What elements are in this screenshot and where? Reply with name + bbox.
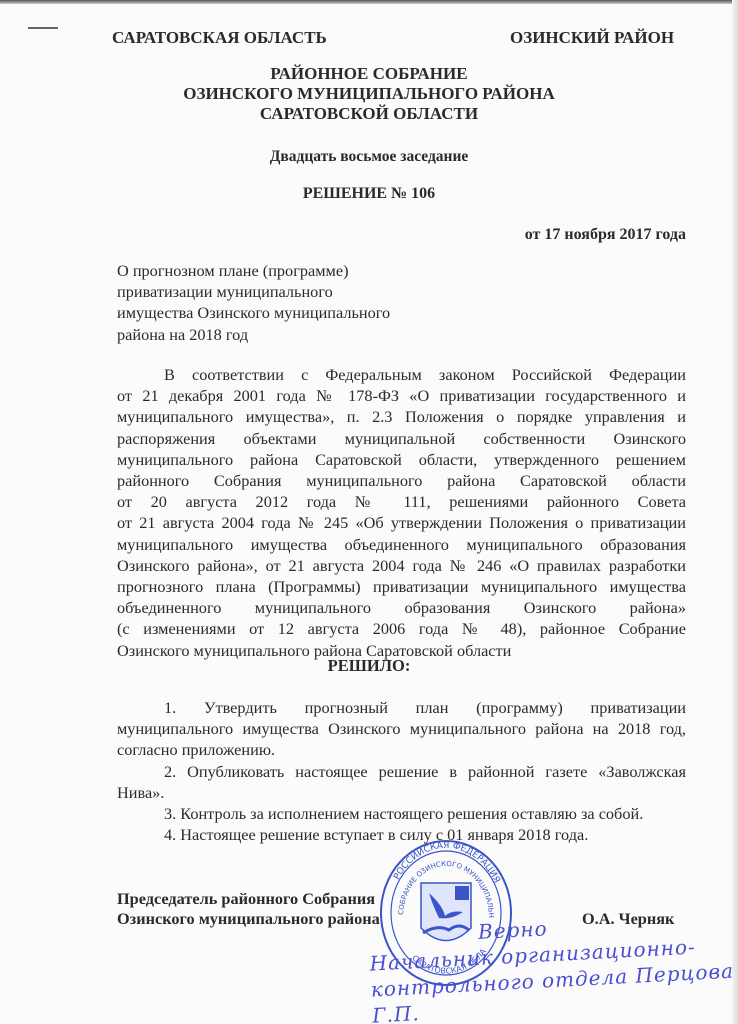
item-2-line: Нива». (117, 782, 686, 803)
position-line: Озинского муниципального района (117, 909, 380, 929)
decision-number: РЕШЕНИЕ № 106 (0, 185, 738, 203)
scan-mark (28, 27, 58, 29)
position-line: Председатель районного Собрания (117, 889, 380, 909)
text-line: от 20 августа 2012 года № 111, решениями… (117, 491, 686, 512)
item-1-line: 1. Утвердить прогнозный план (программу)… (117, 697, 686, 718)
text-line: от 21 декабря 2001 года № 178-ФЗ «О прив… (117, 385, 686, 406)
preamble-paragraph: В соответствии с Федеральным законом Рос… (117, 364, 686, 661)
item-3-line: 3. Контроль за исполнением настоящего ре… (117, 803, 686, 824)
signatory-position: Председатель районного Собрания Озинског… (117, 889, 380, 929)
text-line: муниципального имущества», п. 2.3 Положе… (117, 406, 686, 427)
district-label: ОЗИНСКИЙ РАЙОН (510, 28, 674, 48)
heading-line-2: ОЗИНСКОГО МУНИЦИПАЛЬНОГО РАЙОНА (0, 84, 738, 104)
item-2-line: 2. Опубликовать настоящее решение в райо… (117, 761, 686, 782)
text-line: распоряжения объектами муниципальной соб… (117, 428, 686, 449)
resolved-heading: РЕШИЛО: (0, 656, 738, 676)
text-line: районного Собрания муниципального района… (117, 470, 686, 491)
handwritten-certification: Верно Начальник организационно- контроль… (368, 905, 738, 1024)
scan-top-edge (0, 0, 738, 4)
heading-line-3: САРАТОВСКОЙ ОБЛАСТИ (0, 104, 738, 124)
text-line: прогнозного плана (Программы) приватизац… (117, 576, 686, 597)
text-line: муниципального имущества объединенного м… (117, 534, 686, 555)
resolution-items: 1. Утвердить прогнозный план (программу)… (117, 697, 686, 845)
decision-subject: О прогнозном плане (программе) приватиза… (117, 260, 390, 345)
text-line: (с изменениями от 12 августа 2006 года №… (117, 618, 686, 639)
heading-line-1: РАЙОННОЕ СОБРАНИЕ (0, 64, 738, 84)
subject-line: имущества Озинского муниципального (117, 302, 390, 323)
document-heading: РАЙОННОЕ СОБРАНИЕ ОЗИНСКОГО МУНИЦИПАЛЬНО… (0, 64, 738, 124)
text-line: муниципального района Саратовской област… (117, 449, 686, 470)
subject-line: района на 2018 год (117, 324, 390, 345)
decision-date: от 17 ноября 2017 года (525, 226, 686, 244)
subject-line: приватизации муниципального (117, 281, 390, 302)
session-title: Двадцать восьмое заседание (0, 148, 738, 166)
text-line: Озинского района», от 21 августа 2004 го… (117, 555, 686, 576)
region-label: САРАТОВСКАЯ ОБЛАСТЬ (112, 28, 327, 48)
text-line: от 21 августа 2004 года № 245 «Об утверж… (117, 512, 686, 533)
item-1-line: муниципального имущества Озинского муниц… (117, 718, 686, 739)
text-line: В соответствии с Федеральным законом Рос… (117, 364, 686, 385)
item-1-line: согласно приложению. (117, 739, 686, 760)
text-line: объединенного муниципального образования… (117, 597, 686, 618)
subject-line: О прогнозном плане (программе) (117, 260, 390, 281)
